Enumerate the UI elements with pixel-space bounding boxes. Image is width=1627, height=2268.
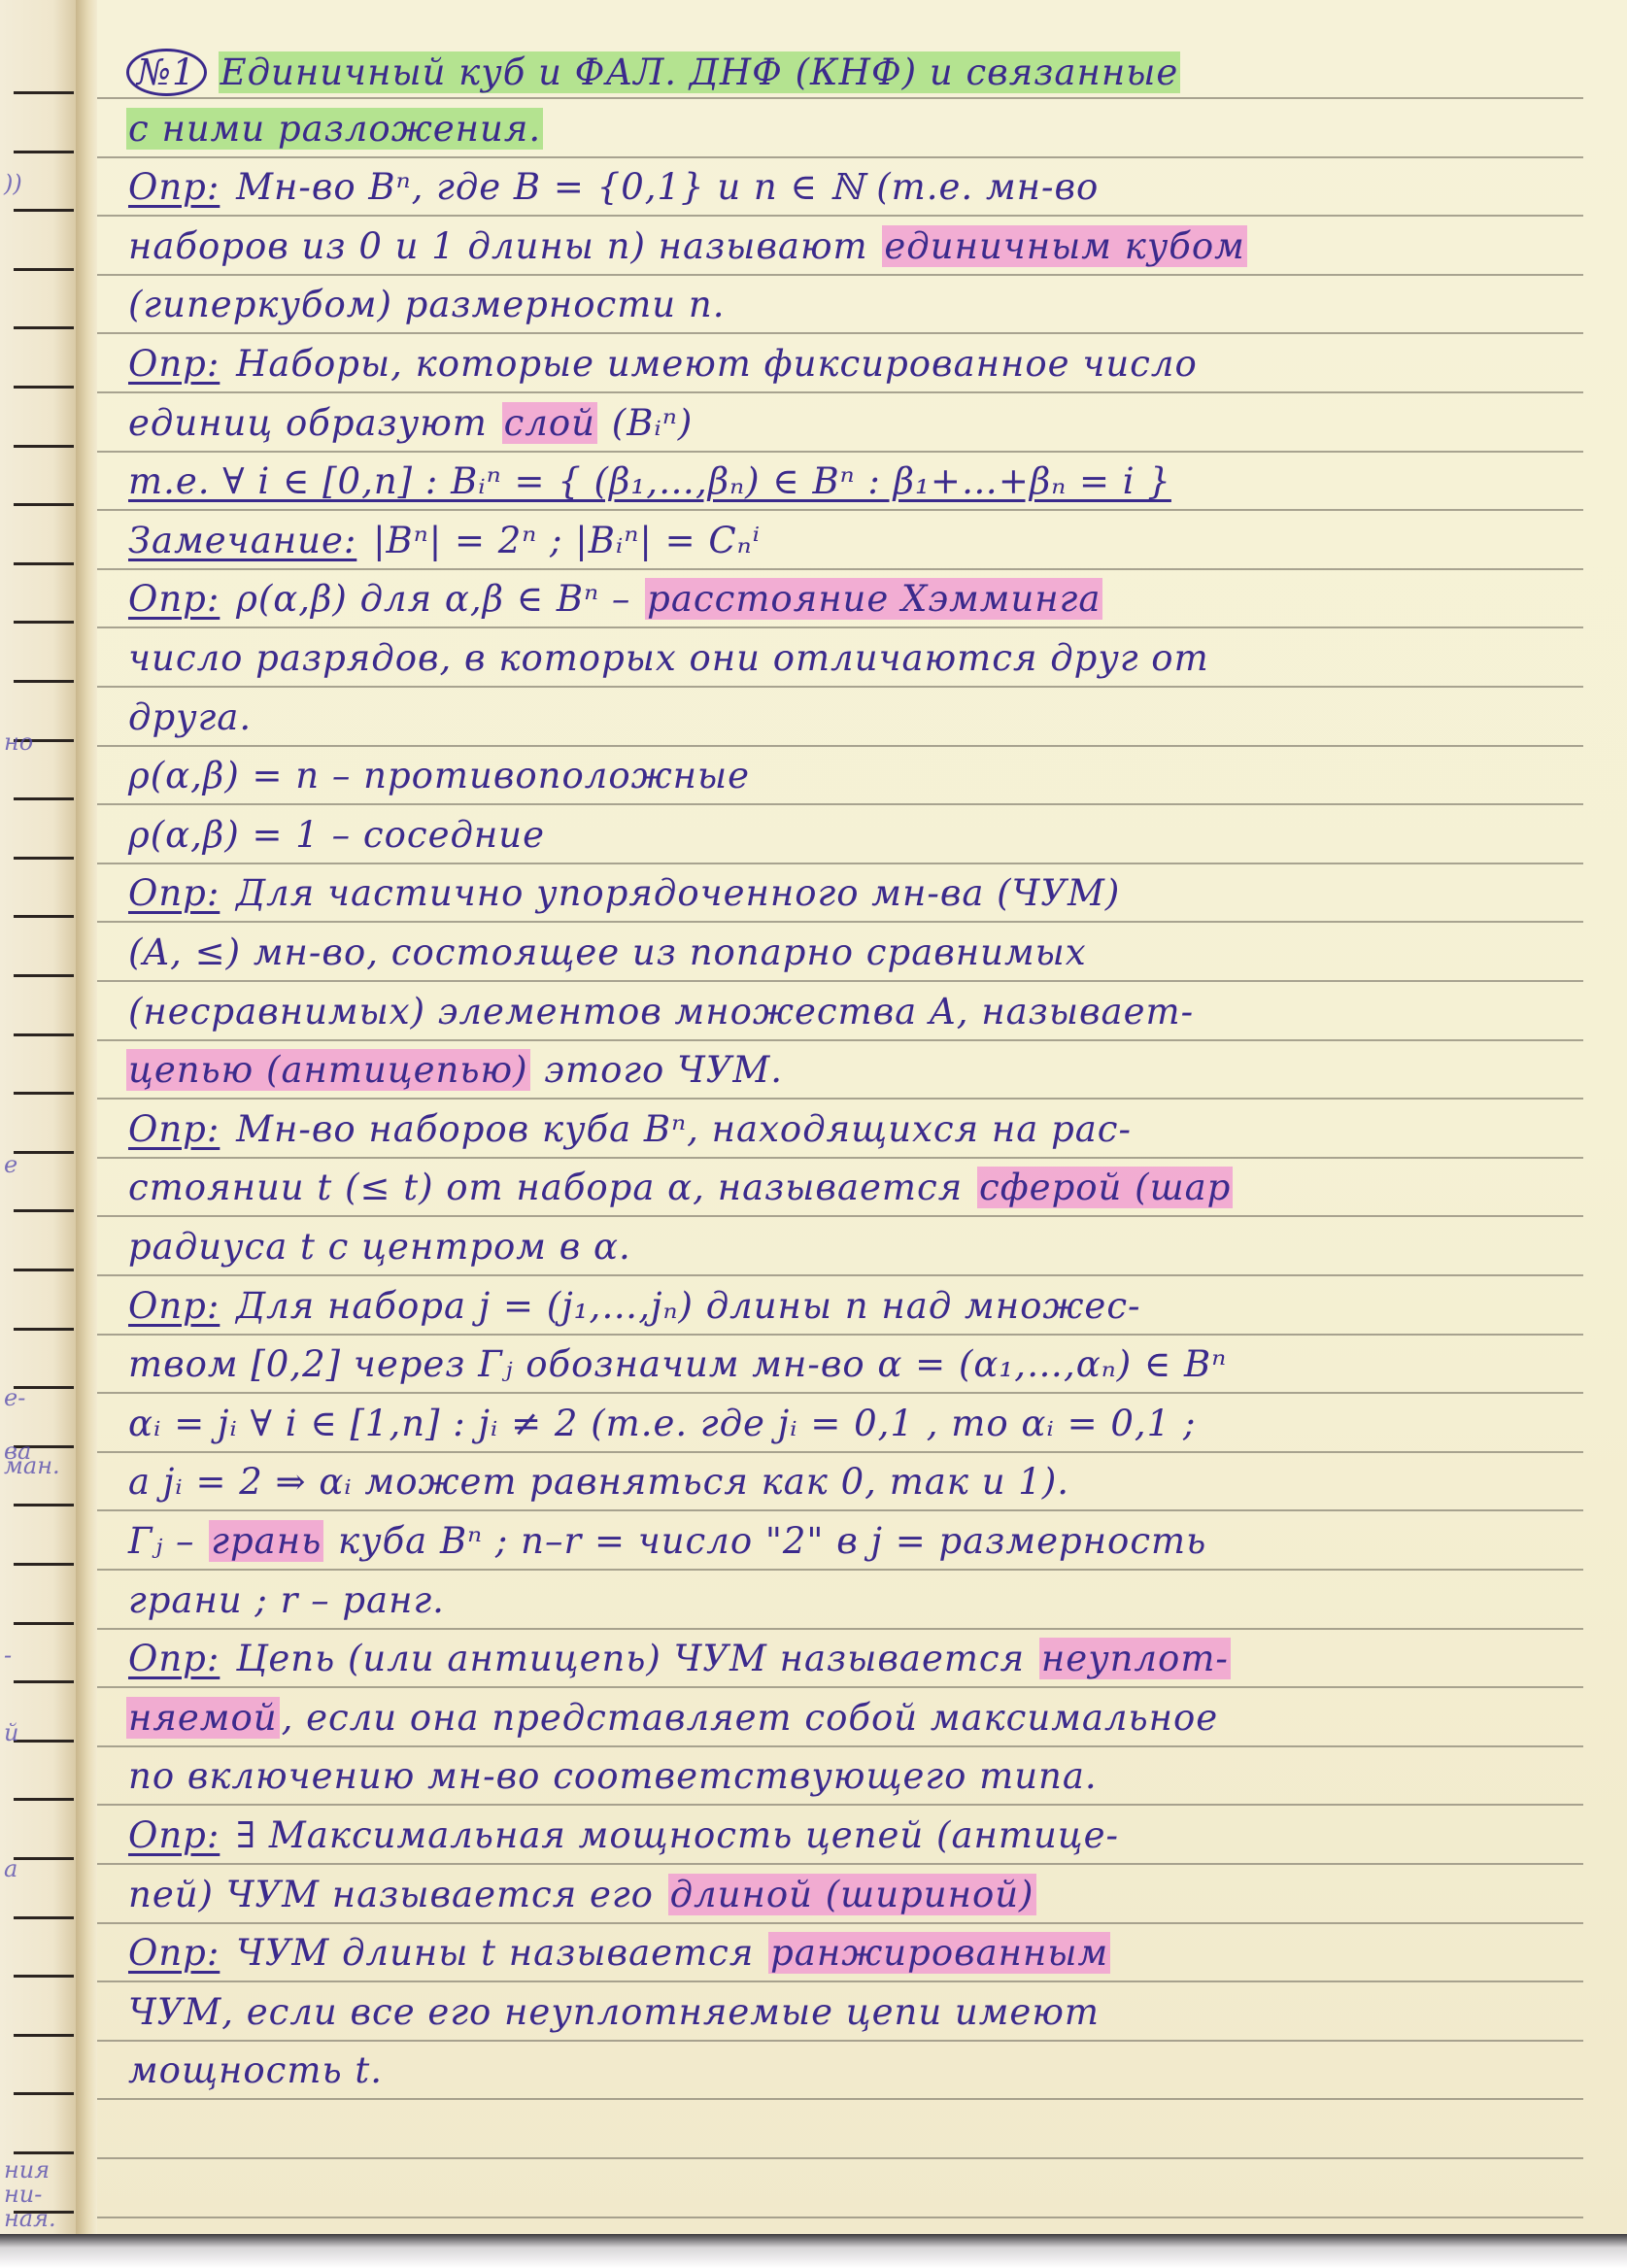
facing-ruled-line xyxy=(14,1209,74,1212)
handwritten-line: с ними разложения. xyxy=(126,108,1588,162)
facing-ruled-line xyxy=(14,1092,74,1095)
line-text: ∃ Максимальная мощность цепей (антице- xyxy=(221,1814,1121,1856)
handwritten-line: Опр: Мн-во Bⁿ, где B = {0,1} и n ∈ ℕ (т.… xyxy=(126,166,1588,220)
handwritten-line: няемой, если она представляет собой макс… xyxy=(126,1697,1588,1751)
highlighted-term: длиной (шириной) xyxy=(668,1874,1036,1915)
line-text: грани ; r – ранг. xyxy=(126,1579,447,1621)
line-text: ρ(α,β) для α,β ∈ Bⁿ – xyxy=(221,578,645,620)
facing-ruled-line xyxy=(14,1740,74,1743)
facing-ruled-line xyxy=(14,1857,74,1860)
line-text: (A, ≤) мн-во, состоящее из попарно сравн… xyxy=(126,931,1089,973)
highlighted-title: Единичный куб и ФАЛ. ДНФ (КНФ) и связанн… xyxy=(219,51,1181,93)
line-text: ρ(α,β) = n – противоположные xyxy=(126,755,752,796)
facing-margin-text: )) xyxy=(4,170,22,197)
facing-ruled-line xyxy=(14,91,74,94)
notebook-page: №1Единичный куб и ФАЛ. ДНФ (КНФ) и связа… xyxy=(97,0,1627,2234)
line-text: единиц образуют xyxy=(126,402,502,444)
facing-ruled-line xyxy=(14,1622,74,1625)
facing-ruled-line xyxy=(14,1151,74,1154)
definition-label: Опр: xyxy=(126,1814,221,1856)
page-bottom-edge xyxy=(0,2234,1627,2268)
facing-ruled-line xyxy=(14,1975,74,1978)
facing-margin-text: ман. xyxy=(4,1452,60,1479)
handwritten-line: по включению мн-во соответствующего типа… xyxy=(126,1755,1588,1810)
facing-ruled-line xyxy=(14,151,74,153)
highlighted-term: единичным кубом xyxy=(882,225,1246,267)
line-text: стоянии t (≤ t) от набора α, называется xyxy=(126,1167,977,1208)
line-text: , если она представляет собой максимальн… xyxy=(280,1697,1221,1739)
handwritten-line: наборов из 0 и 1 длины n) называют едини… xyxy=(126,225,1588,280)
facing-margin-text: ная. xyxy=(4,2205,56,2232)
facing-ruled-line xyxy=(14,1916,74,1919)
question-number: №1 xyxy=(126,49,207,96)
highlighted-term: неуплот- xyxy=(1039,1638,1231,1679)
facing-margin-text: но xyxy=(4,728,33,756)
facing-ruled-line xyxy=(14,386,74,389)
line-text: Цепь (или антицепь) ЧУМ называется xyxy=(221,1638,1039,1679)
handwritten-line: Гⱼ – грань куба Bⁿ ; n–r = число "2" в j… xyxy=(126,1520,1588,1574)
handwritten-line: Опр: ∃ Максимальная мощность цепей (анти… xyxy=(126,1814,1588,1869)
definition-label: Замечание: xyxy=(126,520,358,561)
handwritten-line: мощность t. xyxy=(126,2049,1588,2104)
definition-label: Опр: xyxy=(126,872,221,914)
facing-margin-text: а xyxy=(4,1855,17,1882)
facing-margin-text: й xyxy=(4,1719,18,1746)
facing-ruled-line xyxy=(14,1504,74,1506)
facing-ruled-line xyxy=(14,797,74,800)
line-text: наборов из 0 и 1 длины n) называют xyxy=(126,225,882,267)
definition-label: Опр: xyxy=(126,1932,221,1974)
definition-label: Опр: xyxy=(126,1285,221,1327)
handwritten-line: Опр: Наборы, которые имеют фиксированное… xyxy=(126,343,1588,397)
handwritten-line: радиуса t с центром в α. xyxy=(126,1226,1588,1280)
handwritten-line: грани ; r – ранг. xyxy=(126,1579,1588,1634)
facing-ruled-line xyxy=(14,562,74,565)
line-text: твом [0,2] через Гⱼ обозначим мн-во α = … xyxy=(126,1343,1229,1385)
handwritten-line: друга. xyxy=(126,696,1588,751)
facing-ruled-line xyxy=(14,2092,74,2095)
facing-ruled-line xyxy=(14,1328,74,1331)
facing-ruled-line xyxy=(14,268,74,271)
highlighted-term: цепью (антицепью) xyxy=(126,1049,530,1091)
definition-label: т.е. ∀ i ∈ [0,n] : Bᵢⁿ = { (β₁,…,βₙ) ∈ B… xyxy=(126,460,1173,502)
line-text: радиуса t с центром в α. xyxy=(126,1226,633,1268)
handwritten-line: (гиперкубом) размерности n. xyxy=(126,284,1588,338)
facing-ruled-line xyxy=(14,1269,74,1271)
handwritten-line: αᵢ = jᵢ ∀ i ∈ [1,n] : jᵢ ≠ 2 (т.е. где j… xyxy=(126,1403,1588,1457)
line-text: ЧУМ длины t называется xyxy=(221,1932,768,1974)
line-text: друга. xyxy=(126,696,254,738)
facing-ruled-line xyxy=(14,621,74,624)
facing-margin-text: е- xyxy=(4,1384,25,1411)
facing-margin-text: ния xyxy=(4,2156,50,2183)
line-text: пей) ЧУМ называется его xyxy=(126,1874,668,1915)
line-text: |Bⁿ| = 2ⁿ ; |Bᵢⁿ| = Cₙⁱ xyxy=(358,520,763,561)
line-text: ЧУМ, если все его неуплотняемые цепи име… xyxy=(126,1991,1102,2033)
facing-ruled-line xyxy=(14,974,74,977)
handwritten-line: цепью (антицепью) этого ЧУМ. xyxy=(126,1049,1588,1103)
handwritten-line: ρ(α,β) = 1 – соседние xyxy=(126,814,1588,868)
handwritten-line: Опр: Цепь (или антицепь) ЧУМ называется … xyxy=(126,1638,1588,1692)
highlighted-term: грань xyxy=(209,1520,323,1562)
line-text: мощность t. xyxy=(126,2049,385,2091)
highlighted-term: ранжированным xyxy=(768,1932,1110,1974)
line-text: число разрядов, в которых они отличаются… xyxy=(126,637,1211,679)
line-text: (Bᵢⁿ) xyxy=(597,402,695,444)
definition-label: Опр: xyxy=(126,578,221,620)
facing-margin-text: е xyxy=(4,1151,17,1178)
handwritten-line: стоянии t (≤ t) от набора α, называется … xyxy=(126,1167,1588,1221)
facing-page-strip: ))ноее-ваман.-йанияни-ная. xyxy=(0,0,78,2234)
ruled-line xyxy=(97,2157,1583,2159)
facing-ruled-line xyxy=(14,1563,74,1566)
notebook-binding xyxy=(76,0,97,2234)
handwritten-line: единиц образуют слой (Bᵢⁿ) xyxy=(126,402,1588,457)
facing-margin-text: ни- xyxy=(4,2181,42,2208)
handwritten-line: т.е. ∀ i ∈ [0,n] : Bᵢⁿ = { (β₁,…,βₙ) ∈ B… xyxy=(126,460,1588,515)
definition-label: Опр: xyxy=(126,1638,221,1679)
facing-ruled-line xyxy=(14,326,74,329)
line-text: Мн-во наборов куба Bⁿ, находящихся на ра… xyxy=(221,1108,1134,1150)
highlighted-title: с ними разложения. xyxy=(126,108,543,150)
ruled-line xyxy=(97,2217,1583,2218)
line-text: Мн-во Bⁿ, где B = {0,1} и n ∈ ℕ (т.е. мн… xyxy=(221,166,1101,208)
facing-ruled-line xyxy=(14,445,74,448)
highlighted-term: расстояние Хэмминга xyxy=(645,578,1102,620)
definition-label: Опр: xyxy=(126,166,221,208)
handwritten-line: Опр: ЧУМ длины t называется ранжированны… xyxy=(126,1932,1588,1986)
handwritten-line: Опр: Для частично упорядоченного мн-ва (… xyxy=(126,872,1588,927)
handwritten-line: пей) ЧУМ называется его длиной (шириной) xyxy=(126,1874,1588,1928)
line-text: αᵢ = jᵢ ∀ i ∈ [1,n] : jᵢ ≠ 2 (т.е. где j… xyxy=(126,1403,1198,1444)
line-text: Гⱼ – xyxy=(126,1520,209,1562)
highlighted-term: сферой (шар xyxy=(977,1167,1233,1208)
handwritten-line: Опр: ρ(α,β) для α,β ∈ Bⁿ – расстояние Хэ… xyxy=(126,578,1588,632)
line-text: (гиперкубом) размерности n. xyxy=(126,284,727,325)
facing-ruled-line xyxy=(14,2151,74,2154)
handwritten-line: твом [0,2] через Гⱼ обозначим мн-во α = … xyxy=(126,1343,1588,1398)
notebook-scan: ))ноее-ваман.-йанияни-ная. №1Единичный к… xyxy=(0,0,1627,2268)
handwritten-line: (A, ≤) мн-во, состоящее из попарно сравн… xyxy=(126,931,1588,986)
facing-ruled-line xyxy=(14,1680,74,1683)
line-text: ρ(α,β) = 1 – соседние xyxy=(126,814,547,856)
line-text: по включению мн-во соответствующего типа… xyxy=(126,1755,1100,1797)
line-text: а jᵢ = 2 ⇒ αᵢ может равняться как 0, так… xyxy=(126,1461,1071,1503)
facing-ruled-line xyxy=(14,503,74,506)
facing-ruled-line xyxy=(14,2034,74,2037)
facing-ruled-line xyxy=(14,915,74,918)
line-text: куба Bⁿ ; n–r = число "2" в j = размерно… xyxy=(323,1520,1208,1562)
facing-ruled-line xyxy=(14,1033,74,1036)
highlighted-term: слой xyxy=(502,402,597,444)
handwritten-line: а jᵢ = 2 ⇒ αᵢ может равняться как 0, так… xyxy=(126,1461,1588,1515)
line-text: этого ЧУМ. xyxy=(530,1049,786,1091)
handwritten-line: №1Единичный куб и ФАЛ. ДНФ (КНФ) и связа… xyxy=(126,49,1588,103)
facing-ruled-line xyxy=(14,680,74,683)
handwritten-line: Опр: Мн-во наборов куба Bⁿ, находящихся … xyxy=(126,1108,1588,1163)
facing-ruled-line xyxy=(14,1798,74,1801)
facing-margin-text: - xyxy=(4,1642,12,1669)
handwritten-line: Опр: Для набора j = (j₁,…,jₙ) длины n на… xyxy=(126,1285,1588,1339)
line-text: Наборы, которые имеют фиксированное числ… xyxy=(221,343,1199,385)
facing-ruled-line xyxy=(14,209,74,212)
handwritten-line: ρ(α,β) = n – противоположные xyxy=(126,755,1588,809)
definition-label: Опр: xyxy=(126,1108,221,1150)
line-text: (несравнимых) элементов множества A, наз… xyxy=(126,991,1196,1032)
definition-label: Опр: xyxy=(126,343,221,385)
line-text: Для набора j = (j₁,…,jₙ) длины n над мно… xyxy=(221,1285,1142,1327)
highlighted-term: няемой xyxy=(126,1697,280,1739)
handwritten-line: ЧУМ, если все его неуплотняемые цепи име… xyxy=(126,1991,1588,2046)
handwritten-line: Замечание: |Bⁿ| = 2ⁿ ; |Bᵢⁿ| = Cₙⁱ xyxy=(126,520,1588,574)
facing-ruled-line xyxy=(14,857,74,860)
handwritten-line: число разрядов, в которых они отличаются… xyxy=(126,637,1588,692)
line-text: Для частично упорядоченного мн-ва (ЧУМ) xyxy=(221,872,1122,914)
handwritten-line: (несравнимых) элементов множества A, наз… xyxy=(126,991,1588,1045)
